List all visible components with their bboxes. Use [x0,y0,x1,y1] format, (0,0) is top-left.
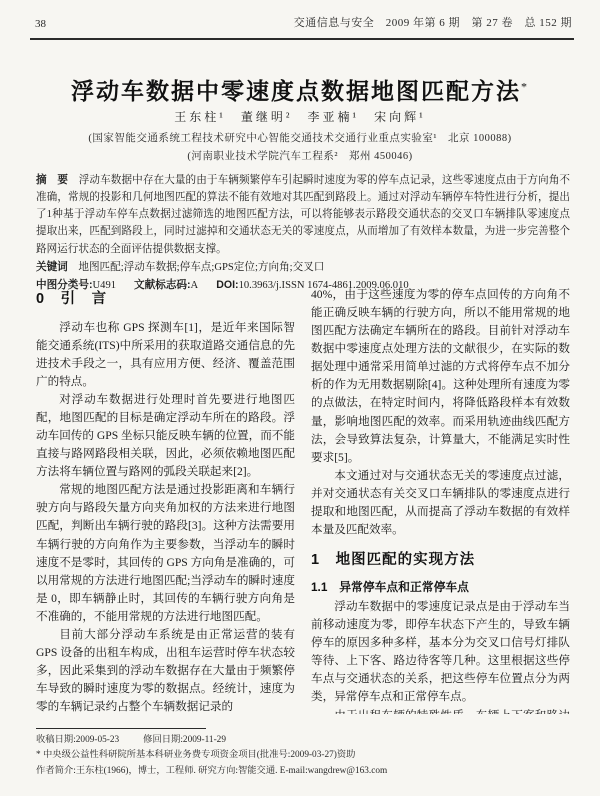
paragraph: 常规的地图匹配方法是通过投影距离和车辆行驶方向与路段矢量方向夹角加权的方法来进行… [36,481,295,626]
header-rule [30,38,574,40]
paper-page: 38 交通信息与安全 2009 年第 6 期 第 27 卷 总 152 期 浮动… [0,0,600,796]
paper-title-text: 浮动车数据中零速度点数据地图匹配方法 [71,79,521,104]
running-head: 38 交通信息与安全 2009 年第 6 期 第 27 卷 总 152 期 [35,14,572,30]
author-line: 王东柱¹ 董继明² 李亚楠¹ 宋向辉¹ [0,108,600,125]
keywords-text: 地图匹配;浮动车数据;停车点;GPS定位;方向角;交叉口 [78,262,324,273]
paragraph: 本文通过对与交通状态无关的零速度点过滤，并对交通状态有关交叉口车辆排队的零速度点… [311,467,570,539]
received-date: 收稿日期:2009-05-23 [36,735,119,745]
footnote-rule [36,728,206,729]
paragraph: 目前大部分浮动车系统是由正常运营的装有 GPS 设备的出租车构成，出租车运营时停… [36,626,295,714]
journal-info: 交通信息与安全 2009 年第 6 期 第 27 卷 总 152 期 [294,14,572,30]
footnote-bio: 作者简介:王东柱(1966)，博士，工程师. 研究方向:智能交通. E-mail… [36,764,570,780]
keywords-line: 关键词 地图匹配;浮动车数据;停车点;GPS定位;方向角;交叉口 [36,259,570,276]
body-columns: 0 引 言 浮动车也称 GPS 探测车[1]，是近年来国际智能交通系统(ITS)… [36,286,570,714]
affiliation-1: (国家智能交通系统工程技术研究中心智能交通技术交通行业重点实验室¹ 北京 100… [0,130,600,145]
paragraph: 浮动车数据中的零速度记录点是由于浮动车当前移动速度为零，即停车状态下产生的，导致… [311,598,570,706]
paragraph: 对浮动车数据进行处理时首先要进行地图匹配，地图匹配的目标是确定浮动车所在的路段。… [36,391,295,481]
revised-date: 修回日期:2009-11-29 [143,735,226,745]
right-column: 40%，由于这些速度为零的停车点回传的方向角不能正确反映车辆的行驶方向，所以不能… [311,286,570,714]
footnote-dates: 收稿日期:2009-05-23修回日期:2009-11-29 [36,733,570,749]
title-footnote-mark: * [521,80,529,94]
page-number: 38 [35,18,46,30]
section-1-heading: 1 地图匹配的实现方法 [311,549,570,572]
left-column: 0 引 言 浮动车也称 GPS 探测车[1]，是近年来国际智能交通系统(ITS)… [36,286,295,714]
paragraph: 浮动车也称 GPS 探测车[1]，是近年来国际智能交通系统(ITS)中所采用的获… [36,319,295,391]
abstract-block: 摘 要 浮动车数据中存在大量的由于车辆频繁停车引起瞬时速度为零的停车点记录，这些… [36,172,570,295]
section-0-heading: 0 引 言 [36,288,295,311]
footnote-block: 收稿日期:2009-05-23修回日期:2009-11-29 * 中央级公益性科… [36,728,570,780]
paragraph: 由于出租车辆的特殊性质，车辆上下客和路边待客的情况很多，这些数据与当前路段交通状 [311,707,570,714]
keywords-label: 关键词 [36,261,68,273]
abstract-label: 摘 要 [36,174,68,186]
affiliation-2: (河南职业技术学院汽车工程系² 郑州 450046) [0,148,600,163]
abstract-paragraph: 摘 要 浮动车数据中存在大量的由于车辆频繁停车引起瞬时速度为零的停车点记录，这些… [36,172,570,258]
paragraph-continuation: 40%，由于这些速度为零的停车点回传的方向角不能正确反映车辆的行驶方向，所以不能… [311,286,570,467]
paper-title: 浮动车数据中零速度点数据地图匹配方法* [0,73,600,106]
section-1-1-heading: 1.1 异常停车点和正常停车点 [311,578,570,596]
footnote-fund: * 中央级公益性科研院所基本科研业务费专项资金项目(批准号:2009-03-27… [36,748,570,764]
abstract-text: 浮动车数据中存在大量的由于车辆频繁停车引起瞬时速度为零的停车点记录，这些零速度点… [36,175,570,255]
